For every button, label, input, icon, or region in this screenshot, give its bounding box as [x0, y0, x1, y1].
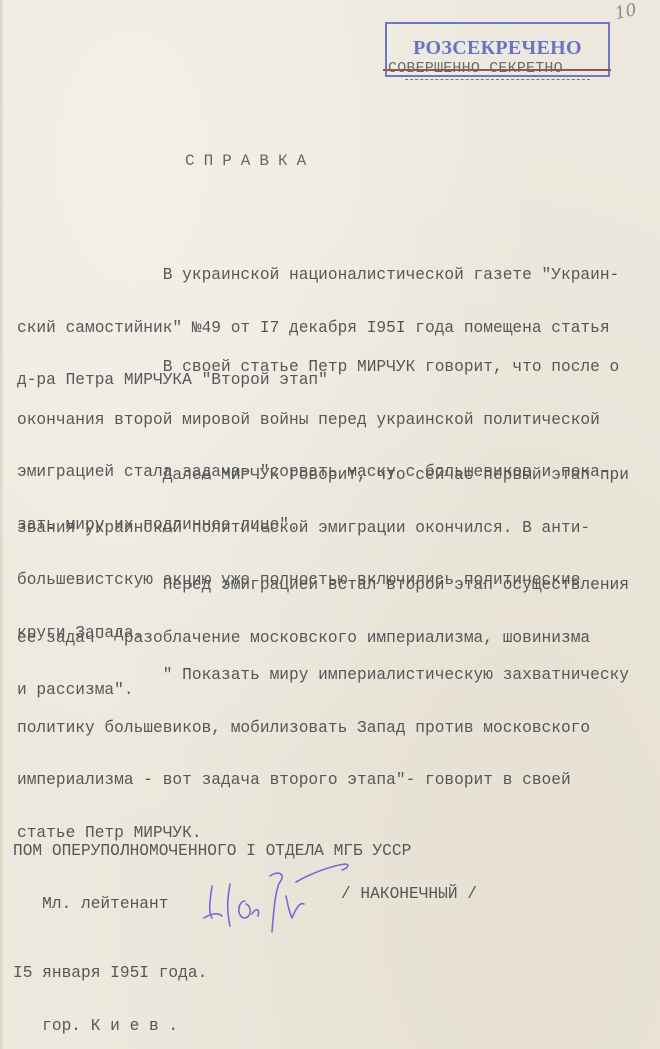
paragraph-line: В украинской националистической газете "…: [17, 267, 619, 285]
paragraph-line: звания украинской политической эмиграции…: [17, 520, 629, 538]
classification-underline: [405, 79, 590, 81]
declassified-stamp-text: РОЗСЕКРЕЧЕНО: [387, 37, 608, 60]
paragraph-line: " Показать миру империалистическую захва…: [17, 667, 629, 685]
page-number: 10: [613, 0, 638, 24]
document-place: гор. К и е в .: [13, 1018, 207, 1036]
date-place-block: I5 января I95I года. гор. К и е в .: [13, 930, 207, 1049]
paragraph-line: Перед эмиграцией встал второй этап осуще…: [17, 577, 629, 595]
paragraph-line: В своей статье Петр МИРЧУК говорит, что …: [17, 359, 619, 377]
document-title: СПРАВКА: [185, 152, 315, 170]
paragraph-line: окончания второй мировой войны перед укр…: [17, 412, 619, 430]
signatory-name: / НАКОНЕЧНЫЙ /: [341, 886, 477, 904]
classification-strikethrough: [383, 69, 611, 71]
paragraph-line: политику большевиков, мобилизовать Запад…: [17, 720, 629, 738]
paragraph-line: Далее МИРЧУК говорит, что сейчас первый …: [17, 467, 629, 485]
handwritten-signature: [200, 856, 350, 936]
document-date: I5 января I95I года.: [13, 965, 207, 983]
paragraph-line: империализма - вот задача второго этапа"…: [17, 772, 629, 790]
paper-edge: [0, 0, 4, 1049]
